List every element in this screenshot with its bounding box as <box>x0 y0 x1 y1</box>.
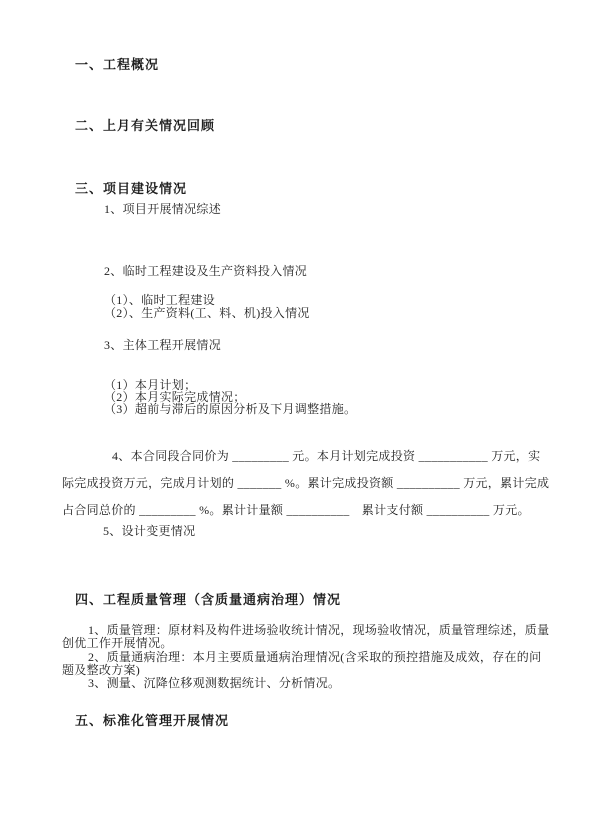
heading-last-month-review: 二、上月有关情况回顾 <box>75 119 215 133</box>
para-contract-amount-line2: 际完成投资万元，完成月计划的 _______ %。累计完成投资额 _______… <box>62 477 549 490</box>
para-quality-defects-line1: 2、质量通病治理：本月主要质量通病治理情况(含采取的预控措施及成效，存在的问 <box>88 651 541 664</box>
subitem-production-materials: （2）、生产资料(工、料、机)投入情况 <box>104 307 310 320</box>
heading-project-overview: 一、工程概况 <box>75 58 159 72</box>
item-main-works-progress: 3、主体工程开展情况 <box>104 339 221 352</box>
item-survey-settlement: 3、测量、沉降位移观测数据统计、分析情况。 <box>88 677 340 690</box>
heading-quality-management: 四、工程质量管理（含质量通病治理）情况 <box>75 593 341 607</box>
heading-project-construction: 三、项目建设情况 <box>75 182 187 196</box>
document-page: 一、工程概况 二、上月有关情况回顾 三、项目建设情况 1、项目开展情况综述 2、… <box>0 0 595 833</box>
item-design-changes: 5、设计变更情况 <box>103 525 195 538</box>
item-project-progress-summary: 1、项目开展情况综述 <box>104 203 221 216</box>
subitem-deviation-analysis: （3）超前与滞后的原因分析及下月调整措施。 <box>104 403 356 416</box>
item-temp-works-investment: 2、临时工程建设及生产资料投入情况 <box>104 265 307 278</box>
heading-standardization: 五、标准化管理开展情况 <box>75 714 229 728</box>
para-contract-amount-line1: 4、本合同段合同价为 _________ 元。本月计划完成投资 ________… <box>112 450 540 463</box>
para-contract-amount-line3: 占合同总价的 _________ %。累计计量额 __________ 累计支付… <box>62 504 530 517</box>
para-quality-mgmt-line2: 创优工作开展情况。 <box>62 637 173 650</box>
